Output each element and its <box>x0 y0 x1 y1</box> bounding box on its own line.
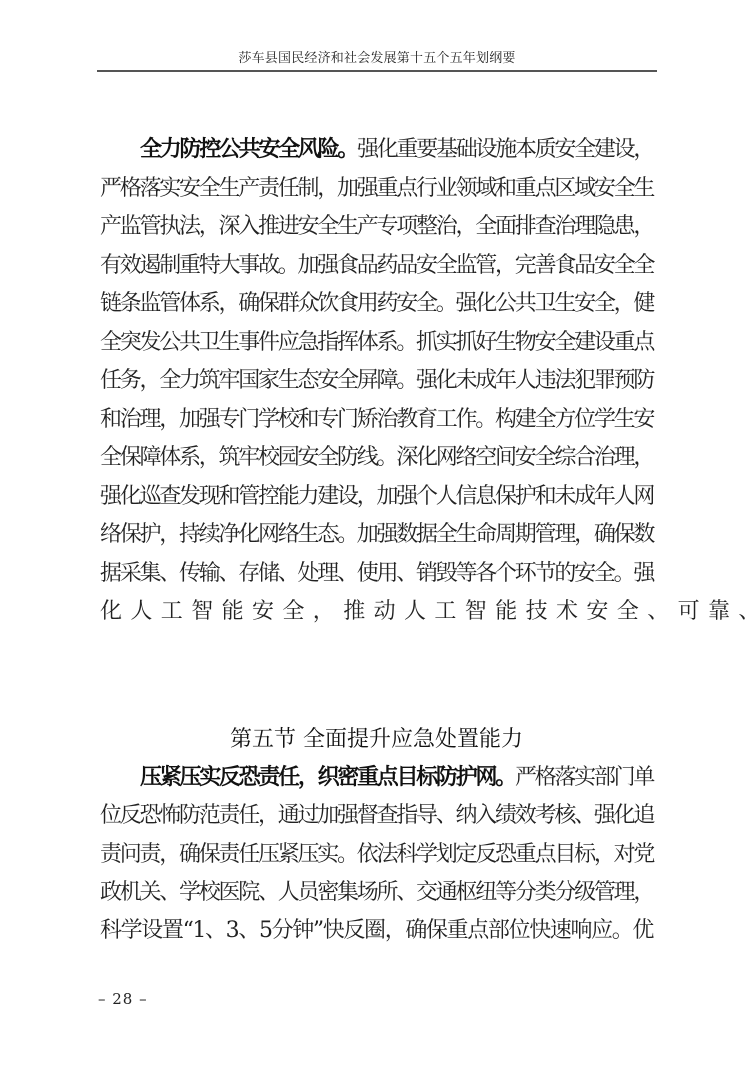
paragraph-2-lead: 压紧压实反恐责任，织密重点目标防护网。 <box>140 765 515 790</box>
paragraph-1-line: 任务，全力筑牢国家生态安全屏障。强化未成年人违法犯罪预防 <box>100 367 653 395</box>
paragraph-2-line: 科学设置“1、3、5分钟”快反圈，确保重点部位快速响应。优 <box>100 917 653 945</box>
paragraph-1-line: 和治理，加强专门学校和专门矫治教育工作。构建全方位学生安 <box>100 406 653 434</box>
paragraph-1-line: 有效遏制重特大事故。加强食品药品安全监管，完善食品安全全 <box>100 252 653 280</box>
page-number: – 28 – <box>98 990 148 1008</box>
paragraph-1-line: 严格落实安全生产责任制，加强重点行业领域和重点区域安全生 <box>100 175 653 203</box>
paragraph-1-line: 链条监管体系，确保群众饮食用药安全。强化公共卫生安全，健 <box>100 290 653 318</box>
paragraph-1-line: 强化巡查发现和管控能力建设，加强个人信息保护和未成年人网 <box>100 483 653 511</box>
header-rule <box>97 70 657 72</box>
paragraph-2-line: 位反恐怖防范责任，通过加强督查指导、纳入绩效考核、强化追 <box>100 802 653 830</box>
paragraph-1-line: 络保护，持续净化网络生态。加强数据全生命周期管理，确保数 <box>100 521 653 549</box>
paragraph-2-line-1: 压紧压实反恐责任，织密重点目标防护网。严格落实部门单 <box>140 764 653 792</box>
paragraph-2-line: 责问责，确保责任压紧压实。依法科学划定反恐重点目标，对党 <box>100 841 653 869</box>
paragraph-2-line: 政机关、学校医院、人员密集场所、交通枢纽等分类分级管理， <box>100 879 653 907</box>
document-page: 莎车县国民经济和社会发展第十五个五年划纲要 全力防控公共安全风险。强化重要基础设… <box>0 0 753 1066</box>
paragraph-1-line-1: 全力防控公共安全风险。强化重要基础设施本质安全建设， <box>140 136 653 164</box>
paragraph-2-text: 严格落实部门单 <box>515 765 653 790</box>
paragraph-1-line: 化人工智能安全，推动人工智能技术安全、可靠、可控发展。 <box>100 598 653 626</box>
paragraph-1-line: 全保障体系，筑牢校园安全防线。深化网络空间安全综合治理， <box>100 444 653 472</box>
section-title: 第五节 全面提升应急处置能力 <box>100 725 653 755</box>
running-header: 莎车县国民经济和社会发展第十五个五年划纲要 <box>97 47 657 66</box>
paragraph-1-text: 强化重要基础设施本质安全建设， <box>357 137 653 162</box>
paragraph-1-line: 全突发公共卫生事件应急指挥体系。抓实抓好生物安全建设重点 <box>100 329 653 357</box>
paragraph-1-lead: 全力防控公共安全风险。 <box>140 137 357 162</box>
paragraph-1-line: 据采集、传输、存储、处理、使用、销毁等各个环节的安全。强 <box>100 560 653 588</box>
paragraph-1-line: 产监管执法，深入推进安全生产专项整治，全面排查治理隐患， <box>100 213 653 241</box>
